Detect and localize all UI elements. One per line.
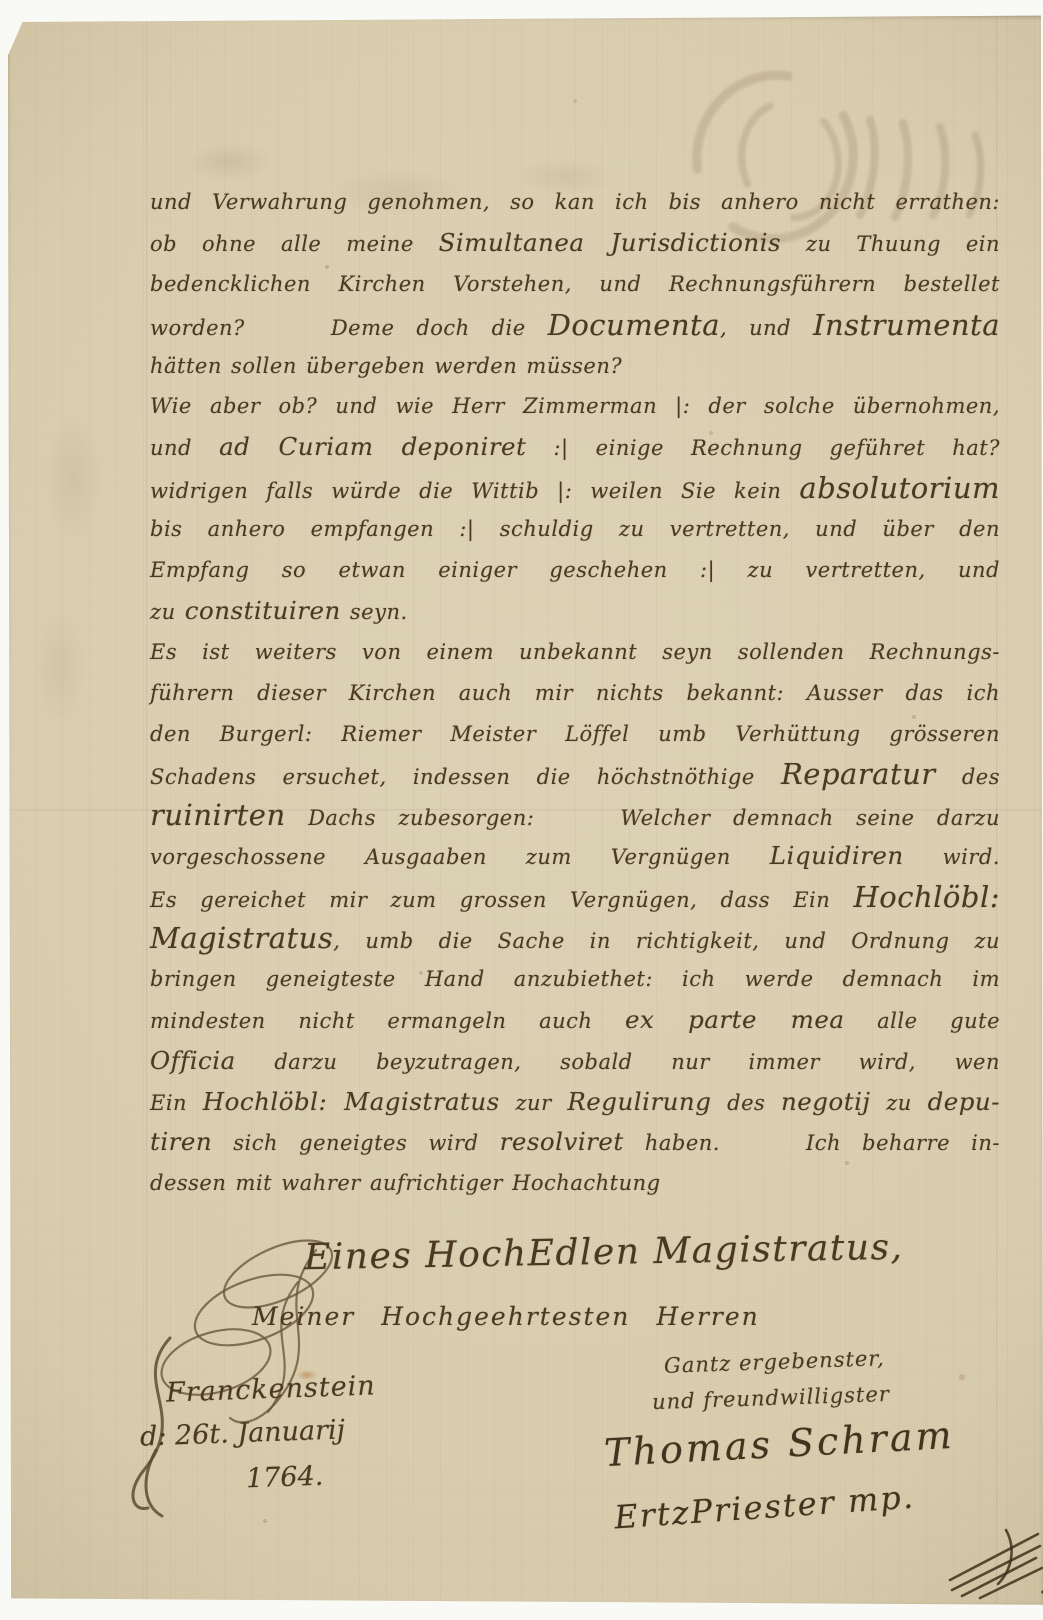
text-segment: resolviret [500,1127,624,1156]
manuscript-line: Empfang so etwan einiger geschehen :| zu… [150,550,1000,591]
manuscript-line: bringen geneigteste Hand anzubiethet: ic… [150,959,1000,1000]
signature-name: Thomas Schram [603,1413,955,1475]
text-segment: Ein [150,1091,203,1115]
manuscript-line: hätten sollen übergeben werden müssen? [150,346,1000,387]
manuscript-line: Es gereichet mir zum grossen Vergnügen, … [150,877,1000,918]
text-segment: ruinirten [150,798,286,832]
dateline-place: Franckenstein [166,1370,377,1408]
text-segment: absolutorium [799,471,1000,505]
manuscript-line: tiren sich geneigtes wird resolviret hab… [150,1122,1000,1163]
manuscript-line: worden?Deme doch die Documenta, und Inst… [150,305,1000,346]
text-segment: hätten sollen übergeben werden müssen? [150,354,622,378]
text-segment: bringen geneigteste Hand anzubiethet: ic… [150,967,1000,991]
text-segment: , und [720,316,813,340]
text-segment: Hochlöbl: [853,880,1000,914]
manuscript-line: bis anhero empfangen :| schuldig zu vert… [150,509,1000,550]
text-segment: führern dieser Kirchen auch mir nichts b… [150,681,1000,705]
text-segment: Wie aber ob? und wie Herr Zimmerman |: d… [150,394,1000,418]
text-segment: tiren [150,1127,212,1156]
text-segment: und Verwahrung genohmen, so kan ich bis … [150,190,1000,214]
text-segment: den Burgerl: Riemer Meister Löffel umb V… [150,722,1000,746]
manuscript-line: mindesten nicht ermangeln auch ex parte … [150,1000,1000,1041]
closing-address: Eines HochEdlen Magistratus, [304,1227,904,1278]
manuscript-line: zu constituiren seyn. [150,591,1000,632]
text-segment: Simultanea Jurisdictionis [439,228,781,257]
valediction-line-2: und freundwilligster [652,1382,891,1414]
manuscript-line: Es ist weiters von einem unbekannt seyn … [150,632,1000,673]
text-segment: Deme doch die [331,316,548,340]
text-segment: depu- [928,1087,1000,1116]
text-segment: ad Curiam deponiret [219,432,526,461]
text-segment: sich geneigtes wird [212,1131,499,1155]
text-segment: Officia [150,1046,236,1075]
manuscript-line: Schadens ersuchet, indessen die höchstnö… [150,754,1000,795]
dateline-date: d: 26t. Januarij [140,1414,346,1452]
text-segment: Regulirung [567,1087,711,1116]
text-segment: bis anhero empfangen :| schuldig zu vert… [150,517,1000,541]
text-segment: bedencklichen Kirchen Vorstehen, und Rec… [150,272,1000,296]
ink-bleedthrough-left [8,394,138,814]
manuscript-page: und Verwahrung genohmen, so kan ich bis … [8,14,1043,1608]
manuscript-line: Magistratus, umb die Sache in richtigkei… [150,918,1000,959]
text-segment: wird. [904,845,1000,869]
text-segment: Welcher demnach seine darzu [620,806,1000,830]
manuscript-line: ruinirten Dachs zubesorgen:Welcher demna… [150,795,1000,836]
signature-title: ErtzPriester mp. [613,1478,916,1537]
text-segment: Reparatur [781,757,936,791]
closing-address-2: Meiner Hochgeehrtesten Herren [252,1302,760,1331]
text-segment: constituiren [185,596,341,625]
text-segment: ex parte mea [625,1005,844,1034]
letter-body: und Verwahrung genohmen, so kan ich bis … [150,182,1000,1204]
text-segment: :| einige Rechnung geführet hat? [526,436,1000,460]
text-segment: negotij [781,1087,871,1116]
text-segment: widrigen falls würde die Wittib |: weile… [150,479,799,503]
manuscript-line: und Verwahrung genohmen, so kan ich bis … [150,182,1000,223]
manuscript-line: führern dieser Kirchen auch mir nichts b… [150,673,1000,714]
text-segment: Instrumenta [813,308,1000,342]
text-segment: mindesten nicht ermangeln auch [150,1009,625,1033]
manuscript-line: ob ohne alle meine Simultanea Jurisdicti… [150,223,1000,264]
text-segment: und [150,436,219,460]
signature-paraph [946,1496,1043,1606]
text-segment: Ich beharre in- [806,1131,1000,1155]
manuscript-line: dessen mit wahrer aufrichtiger Hochachtu… [150,1163,1000,1204]
text-segment: zu [871,1091,928,1115]
text-segment: des [711,1091,781,1115]
dateline-year: 1764. [245,1461,323,1495]
text-segment: Hochlöbl: Magistratus [203,1087,500,1116]
manuscript-line: widrigen falls würde die Wittib |: weile… [150,468,1000,509]
text-segment: dessen mit wahrer aufrichtiger Hochachtu… [150,1171,661,1195]
text-segment: haben. [624,1131,720,1155]
text-segment: , umb die Sache in richtigkeit, und Ordn… [333,929,1000,953]
text-segment: Magistratus [150,921,333,955]
text-segment: Es gereichet mir zum grossen Vergnügen, … [150,888,853,912]
manuscript-line: bedencklichen Kirchen Vorstehen, und Rec… [150,264,1000,305]
text-segment: Liquidiren [770,841,904,870]
manuscript-line: und ad Curiam deponiret :| einige Rechnu… [150,427,1000,468]
text-segment: alle gute [845,1009,1000,1033]
text-segment: ob ohne alle meine [150,232,439,256]
text-segment: zu [150,600,185,624]
text-segment: darzu beyzutragen, sobald nur immer wird… [236,1050,1000,1074]
manuscript-line: Ein Hochlöbl: Magistratus zur Regulirung… [150,1082,1000,1123]
manuscript-line: den Burgerl: Riemer Meister Löffel umb V… [150,714,1000,755]
text-segment: des [936,765,1000,789]
text-segment: worden? [150,316,245,340]
text-segment: Documenta [548,308,720,342]
manuscript-line: vorgeschossene Ausgaaben zum Vergnügen L… [150,836,1000,877]
text-segment: seyn. [341,600,408,624]
manuscript-line: Wie aber ob? und wie Herr Zimmerman |: d… [150,386,1000,427]
text-segment: zu Thuung ein [781,232,1000,256]
manuscript-line: Officia darzu beyzutragen, sobald nur im… [150,1041,1000,1082]
paper-speckles [8,14,10,16]
text-segment: Schadens ersuchet, indessen die höchstnö… [150,765,781,789]
text-segment: zur [500,1091,568,1115]
text-segment: Empfang so etwan einiger geschehen :| zu… [150,558,1000,582]
text-segment: Dachs zubesorgen: [286,806,535,830]
text-segment: Es ist weiters von einem unbekannt seyn … [150,640,1000,664]
valediction-line-1: Gantz ergebenster, [664,1346,885,1378]
text-segment: vorgeschossene Ausgaaben zum Vergnügen [150,845,770,869]
fold-crease-left [146,14,149,1608]
